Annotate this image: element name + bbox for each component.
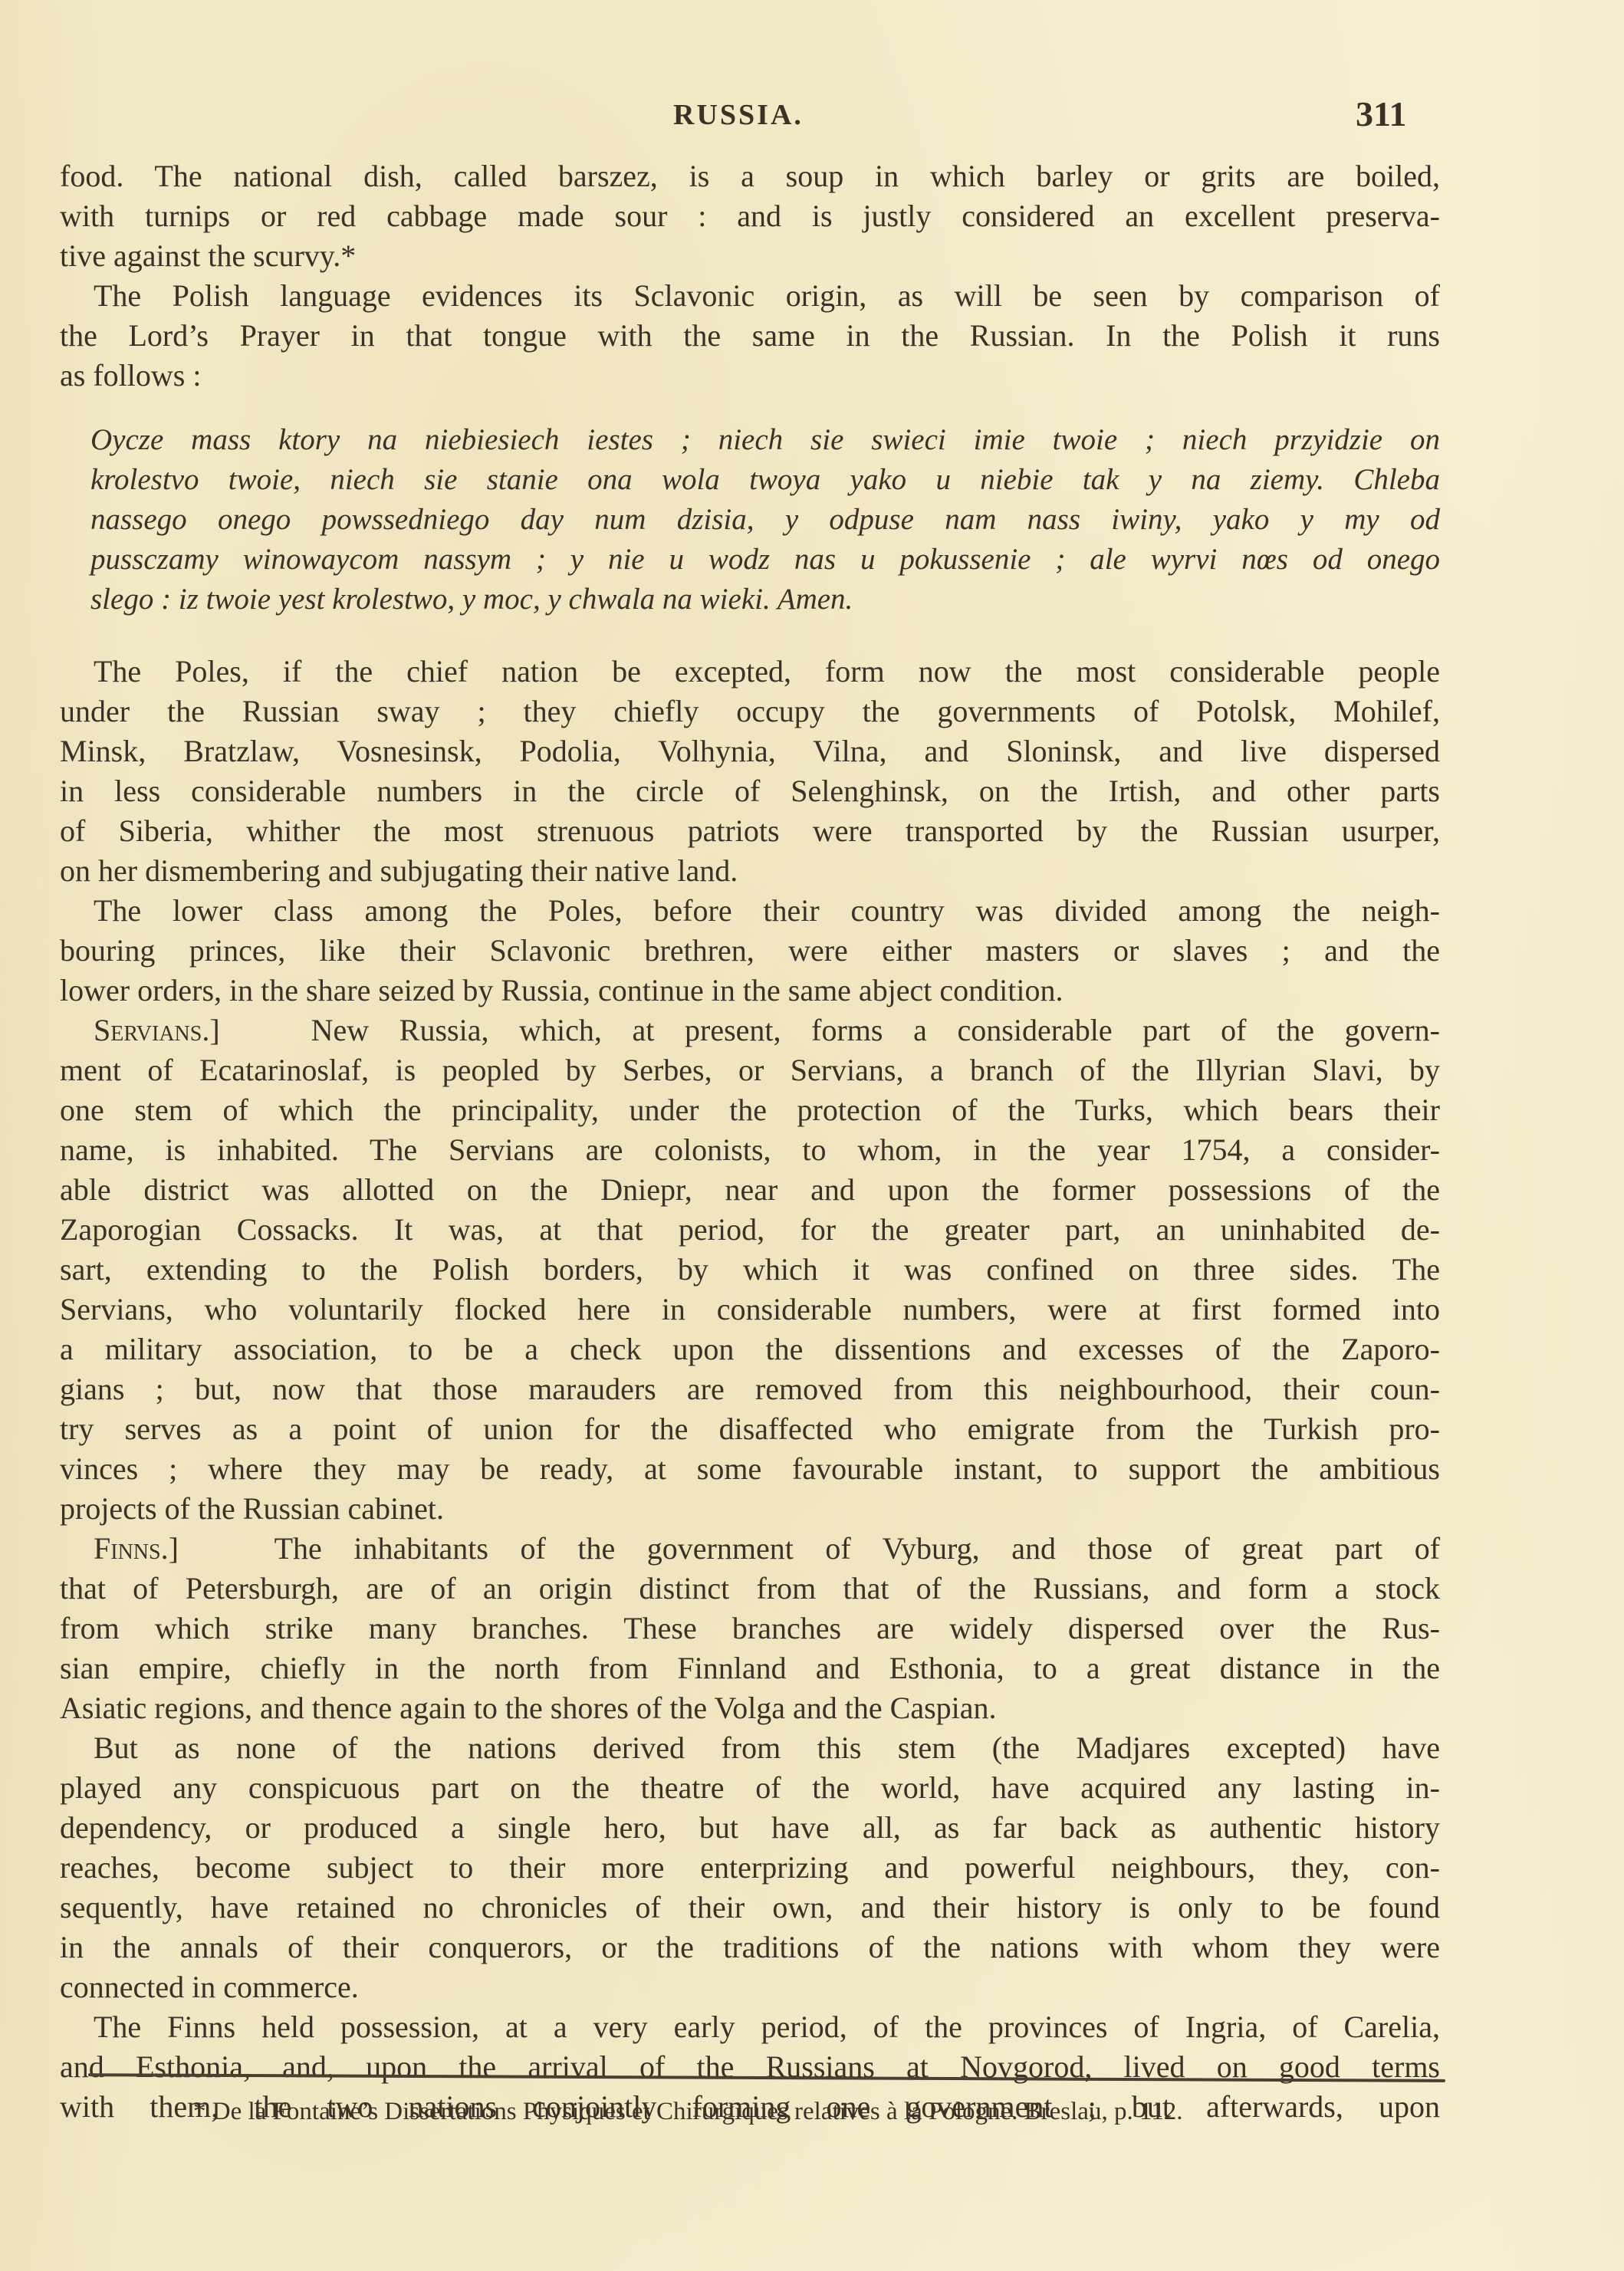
text-line: sequently, have retained no chronicles o…	[60, 1888, 1440, 1928]
text-line: sian empire, chiefly in the north from F…	[60, 1648, 1440, 1688]
text-line: in the annals of their conquerors, or th…	[60, 1928, 1440, 1967]
text-line: that of Petersburgh, are of an origin di…	[60, 1569, 1440, 1609]
text-line: name, is inhabited. The Servians are col…	[60, 1130, 1440, 1170]
text-line: Minsk, Bratzlaw, Vosnesinsk, Podolia, Vo…	[60, 731, 1440, 771]
text-line: tive against the scurvy.*	[60, 236, 1440, 276]
text-line: in less considerable numbers in the circ…	[60, 771, 1440, 811]
text-line: lower orders, in the share seized by Rus…	[60, 971, 1440, 1011]
text-line: Servians, who voluntarily flocked here i…	[60, 1290, 1440, 1329]
running-title: RUSSIA.	[673, 98, 804, 132]
prayer-line: Oycze mass ktory na niebiesiech iestes ;…	[90, 420, 1440, 460]
text-line: dependency, or produced a single hero, b…	[60, 1808, 1440, 1848]
prayer-line: nassego onego powssedniego day num dzisi…	[90, 500, 1440, 540]
text-line: gians ; but, now that those marauders ar…	[60, 1369, 1440, 1409]
prayer-line: krolestvo twoie, niech sie stanie ona wo…	[90, 460, 1440, 500]
text-line: food. The national dish, called barszez,…	[60, 156, 1440, 196]
book-page: RUSSIA. 311 food. The national dish, cal…	[0, 0, 1624, 2271]
text-line: ment of Ecatarinoslaf, is peopled by Ser…	[60, 1050, 1440, 1090]
text-line: connected in commerce.	[60, 1967, 1440, 2007]
text-line: as follows :	[60, 356, 1440, 396]
text-fragment: New Russia, which, at present, forms a c…	[311, 1013, 1440, 1047]
text-fragment: The inhabitants of the government of Vyb…	[275, 1531, 1440, 1566]
footnote: * De la Fontaine’s Dissertations Physiqu…	[193, 2092, 1182, 2131]
text-line: of Siberia, whither the most strenuous p…	[60, 811, 1440, 851]
side-head-finns: Finns.]	[94, 1531, 179, 1566]
text-line: with turnips or red cabbage made sour : …	[60, 196, 1440, 236]
text-line: reaches, become subject to their more en…	[60, 1848, 1440, 1888]
text-line: The lower class among the Poles, before …	[60, 891, 1440, 931]
text-line: vinces ; where they may be ready, at som…	[60, 1449, 1440, 1489]
text-line: able district was allotted on the Dniepr…	[60, 1170, 1440, 1210]
text-line: on her dismembering and subjugating thei…	[60, 851, 1440, 891]
text-line: The Polish language evidences its Sclavo…	[60, 276, 1440, 316]
text-line: projects of the Russian cabinet.	[60, 1489, 1440, 1529]
text-line: the Lord’s Prayer in that tongue with th…	[60, 316, 1440, 356]
main-body: The Poles, if the chief nation be except…	[60, 652, 1440, 2127]
finns-section-line: Finns.] The inhabitants of the governmen…	[60, 1529, 1440, 1569]
footnote-text: De la Fontaine’s Dissertations Physiques…	[212, 2098, 1183, 2125]
text-line: sart, extending to the Polish borders, b…	[60, 1250, 1440, 1290]
text-line: from which strike many branches. These b…	[60, 1609, 1440, 1648]
text-line: The Finns held possession, at a very ear…	[60, 2007, 1440, 2047]
text-line: under the Russian sway ; they chiefly oc…	[60, 692, 1440, 731]
text-line: The Poles, if the chief nation be except…	[60, 652, 1440, 692]
text-line: Zaporogian Cossacks. It was, at that per…	[60, 1210, 1440, 1250]
text-line: try serves as a point of union for the d…	[60, 1409, 1440, 1449]
text-line: Asiatic regions, and thence again to the…	[60, 1688, 1440, 1728]
side-head-servians: Servians.]	[94, 1013, 220, 1047]
text-line: a military association, to be a check up…	[60, 1329, 1440, 1369]
footnote-marker: *	[193, 2098, 206, 2125]
page-number: 311	[1356, 94, 1406, 134]
opening-paragraphs: food. The national dish, called barszez,…	[60, 156, 1440, 396]
running-head: RUSSIA. 311	[0, 98, 1624, 144]
text-line: But as none of the nations derived from …	[60, 1728, 1440, 1768]
text-line: played any conspicuous part on the theat…	[60, 1768, 1440, 1808]
servians-section-line: Servians.] New Russia, which, at present…	[60, 1011, 1440, 1050]
prayer-line: slego : iz twoie yest krolestwo, y moc, …	[90, 580, 1440, 620]
text-line: bouring princes, like their Sclavonic br…	[60, 931, 1440, 971]
prayer-line: pussczamy winowaycom nassym ; y nie u wo…	[90, 540, 1440, 580]
text-line: one stem of which the principality, unde…	[60, 1090, 1440, 1130]
lords-prayer-polish: Oycze mass ktory na niebiesiech iestes ;…	[90, 420, 1440, 620]
